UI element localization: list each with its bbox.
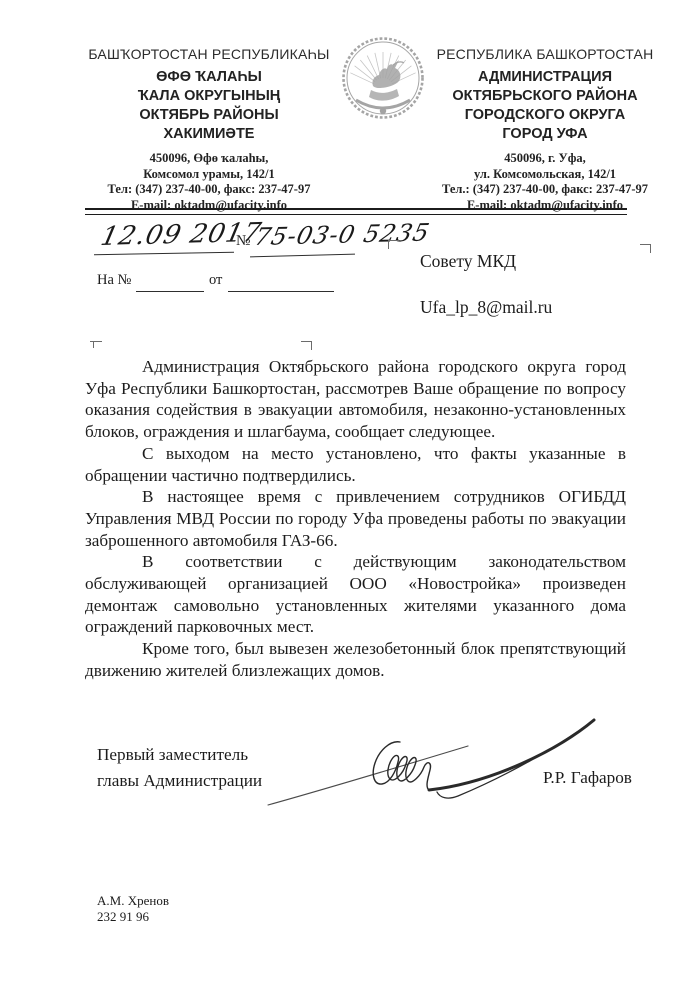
reply-number-blank bbox=[136, 291, 204, 292]
corner-mark-body-right bbox=[301, 341, 312, 350]
body-paragraph: В настоящее время с привлечением сотрудн… bbox=[85, 486, 626, 551]
body-paragraph: В соответствии с действующим законодател… bbox=[85, 551, 626, 638]
reply-date-blank bbox=[228, 291, 334, 292]
signer-title: Первый заместитель главы Администрации bbox=[97, 742, 262, 794]
handwritten-outgoing-number: 75-03-0 5235 bbox=[252, 218, 433, 251]
address-russian: 450096, г. Уфа, ул. Комсомольская, 142/1… bbox=[420, 151, 670, 213]
corner-mark-body-left bbox=[90, 341, 102, 349]
republic-name-russian: РЕСПУБЛИКА БАШКОРТОСТАН bbox=[420, 46, 670, 62]
org-line: ГОРОДСКОГО ОКРУГА bbox=[420, 106, 670, 125]
org-name-russian: АДМИНИСТРАЦИЯ ОКТЯБРЬСКОГО РАЙОНА ГОРОДС… bbox=[420, 68, 670, 144]
recipient-name: Совету МКД bbox=[420, 251, 516, 272]
reply-from-label: от bbox=[209, 272, 222, 289]
address-line: Тел.: (347) 237-40-00, факс: 237-47-97 bbox=[420, 182, 670, 198]
body-paragraph: С выходом на место установлено, что факт… bbox=[85, 443, 626, 486]
org-line: ҠАЛА ОКРУГЫНЫҢ bbox=[78, 87, 340, 106]
date-underline bbox=[94, 252, 234, 255]
recipient-email: Ufa_lp_8@mail.ru bbox=[420, 297, 552, 318]
org-name-bashkir: ӨФӨ ҠАЛАҺЫ ҠАЛА ОКРУГЫНЫҢ ОКТЯБРЬ РАЙОНЫ… bbox=[78, 68, 340, 144]
address-line: E-mail: oktadm@ufacity.info bbox=[420, 198, 670, 214]
header-divider-thick bbox=[85, 208, 627, 210]
republic-name-bashkir: БАШҠОРТОСТАН РЕСПУБЛИКАҺЫ bbox=[78, 46, 340, 62]
address-line: Комсомол урамы, 142/1 bbox=[78, 167, 340, 183]
corner-mark-recipient-left bbox=[388, 240, 399, 249]
org-line: ОКТЯБРЬСКОГО РАЙОНА bbox=[420, 87, 670, 106]
header-divider-thin bbox=[85, 214, 627, 215]
address-line: Тел: (347) 237-40-00, факс: 237-47-97 bbox=[78, 182, 340, 198]
signer-title-line: Первый заместитель bbox=[97, 742, 262, 768]
body-paragraph: Администрация Октябрьского района городс… bbox=[85, 356, 626, 443]
org-line: ХАКИМИӘТЕ bbox=[78, 125, 340, 144]
address-line: 450096, г. Уфа, bbox=[420, 151, 670, 167]
number-sign: № bbox=[236, 233, 250, 250]
org-line: АДМИНИСТРАЦИЯ bbox=[420, 68, 670, 87]
number-underline bbox=[250, 254, 355, 258]
handwritten-signature-icon bbox=[262, 712, 602, 812]
letterhead-left: БАШҠОРТОСТАН РЕСПУБЛИКАҺЫ ӨФӨ ҠАЛАҺЫ ҠАЛ… bbox=[78, 46, 340, 213]
body-paragraph: Кроме того, был вывезен железобетонный б… bbox=[85, 638, 626, 681]
executor-name: А.М. Хренов bbox=[97, 893, 169, 909]
org-line: ГОРОД УФА bbox=[420, 125, 670, 144]
org-line: ӨФӨ ҠАЛАҺЫ bbox=[78, 68, 340, 87]
letter-body: Администрация Октябрьского района городс… bbox=[85, 356, 626, 682]
corner-mark-recipient-right bbox=[640, 244, 651, 253]
address-bashkir: 450096, Өфө ҡалаһы, Комсомол урамы, 142/… bbox=[78, 151, 340, 213]
signer-name: Р.Р. Гафаров bbox=[543, 768, 632, 788]
address-line: ул. Комсомольская, 142/1 bbox=[420, 167, 670, 183]
signer-title-line: главы Администрации bbox=[97, 768, 262, 794]
coat-of-arms-of-bashkortostan-icon bbox=[341, 36, 425, 128]
address-line: 450096, Өфө ҡалаһы, bbox=[78, 151, 340, 167]
executor-phone: 232 91 96 bbox=[97, 909, 149, 925]
letterhead-right: РЕСПУБЛИКА БАШКОРТОСТАН АДМИНИСТРАЦИЯ ОК… bbox=[420, 46, 670, 213]
org-line: ОКТЯБРЬ РАЙОНЫ bbox=[78, 106, 340, 125]
address-line: E-mail: oktadm@ufacity.info bbox=[78, 198, 340, 214]
letter-page: БАШҠОРТОСТАН РЕСПУБЛИКАҺЫ ӨФӨ ҠАЛАҺЫ ҠАЛ… bbox=[0, 0, 700, 990]
reply-to-number-label: На № bbox=[97, 272, 131, 289]
